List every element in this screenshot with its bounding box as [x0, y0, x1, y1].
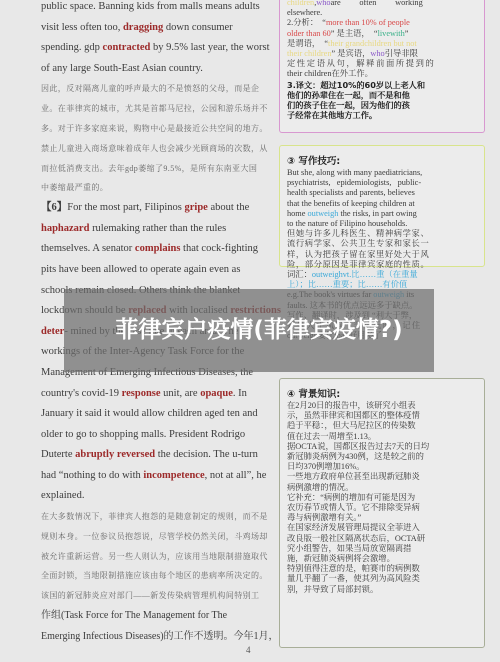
translation-line: 多。对于许多家庭来说，购物中心是最接近公共空间的地方。 [41, 119, 269, 139]
keyword: contracted [103, 42, 151, 53]
translation-line: 而拉低消费支出。去年gdp萎缩了9.5%，是所有东南亚大国 [41, 159, 269, 179]
article-line: public space. Banning kids from malls me… [41, 0, 269, 18]
overlay-title: 菲律宾户疫情(菲律宾疫情?) [84, 317, 434, 344]
translation-line: 作组(Task Force for The Management for The [41, 606, 269, 627]
translation-line: 中萎缩最严重的。 [41, 178, 269, 198]
writing-skills-box: ③ 写作技巧: But she, along with many paediat… [279, 145, 485, 267]
paragraph-marker: 【6】 [41, 202, 67, 213]
article-line: older to go to shopping malls. President… [41, 425, 269, 446]
article-line: Duterte abruptly reversed the decision. … [41, 445, 269, 466]
section-title: ④ 背景知识: [287, 389, 478, 401]
translation-line: 禁止儿童进入商场意味着成年人也会减少光顾商场的次数，从 [41, 139, 269, 159]
keyword: opaque [200, 388, 233, 399]
keyword: complains [135, 243, 181, 254]
analysis-box: children,whoare often working elsewhere.… [279, 0, 485, 133]
translation-line: 业。在菲律宾的城市，尤其是首都马尼拉，公园和游乐场并不 [41, 99, 269, 119]
translation-line: Emerging Infectious Diseases)的工作不透明。今年1月… [41, 627, 269, 648]
keyword: deter [41, 326, 64, 337]
article-line: explained. [41, 486, 269, 507]
article-line: of any large South-East Asian country. [41, 59, 269, 80]
keyword: abruptly reversed [75, 449, 155, 460]
page-number: 4 [246, 645, 251, 655]
background-knowledge-box: ④ 背景知识: 在2月20日的报告中，该研究小组表 示，虽然菲律宾和国都区的整体… [279, 378, 485, 648]
translation-line: 在大多数情况下，菲律宾人抱怨的是随意制定的规则，而不是 [41, 507, 269, 527]
translation-line: 因此，反对隔离儿童的呼声最大的不是愤怒的父母，而是企 [41, 79, 269, 99]
article-line: country's covid-19 response unit, are op… [41, 384, 269, 405]
article-line: spending. gdp contracted by 9.5% last ye… [41, 38, 269, 59]
translation-line: 全面封锁，当地限制措施应该由每个地区的患病率所决定的。 [41, 566, 269, 586]
keyword: haphazard [41, 223, 89, 234]
article-line: had “nothing to do with incompetence, no… [41, 466, 269, 487]
article-line: 【6】For the most part, Filipinos gripe ab… [41, 198, 269, 219]
translation-line: 规则本身。一位参议员抱怨说，尽管学校仍然关闭，斗鸡场却 [41, 527, 269, 547]
article-line: themselves. A senator complains that coc… [41, 239, 269, 260]
document-page: public space. Banning kids from malls me… [0, 0, 500, 662]
translation-line: 该国的新冠肺炎应对部门——新发传染病管理机构间特别工 [41, 586, 269, 606]
article-line: January it said it would allow children … [41, 404, 269, 425]
keyword: response [122, 388, 161, 399]
keyword: dragging [123, 22, 163, 33]
article-line: visit less often too, dragging down cons… [41, 18, 269, 39]
keyword: gripe [185, 202, 208, 213]
translation-line: 被允许重新运营。另一些人则认为，应该用当地限制措施取代 [41, 547, 269, 567]
keyword: incompetence [143, 470, 204, 481]
article-line: haphazard rulemaking rather than the rul… [41, 219, 269, 240]
section-title: ③ 写作技巧: [287, 156, 478, 168]
article-line: pits have been allowed to operate again … [41, 260, 269, 281]
title-overlay: 菲律宾户疫情(菲律宾疫情?) [64, 289, 434, 372]
